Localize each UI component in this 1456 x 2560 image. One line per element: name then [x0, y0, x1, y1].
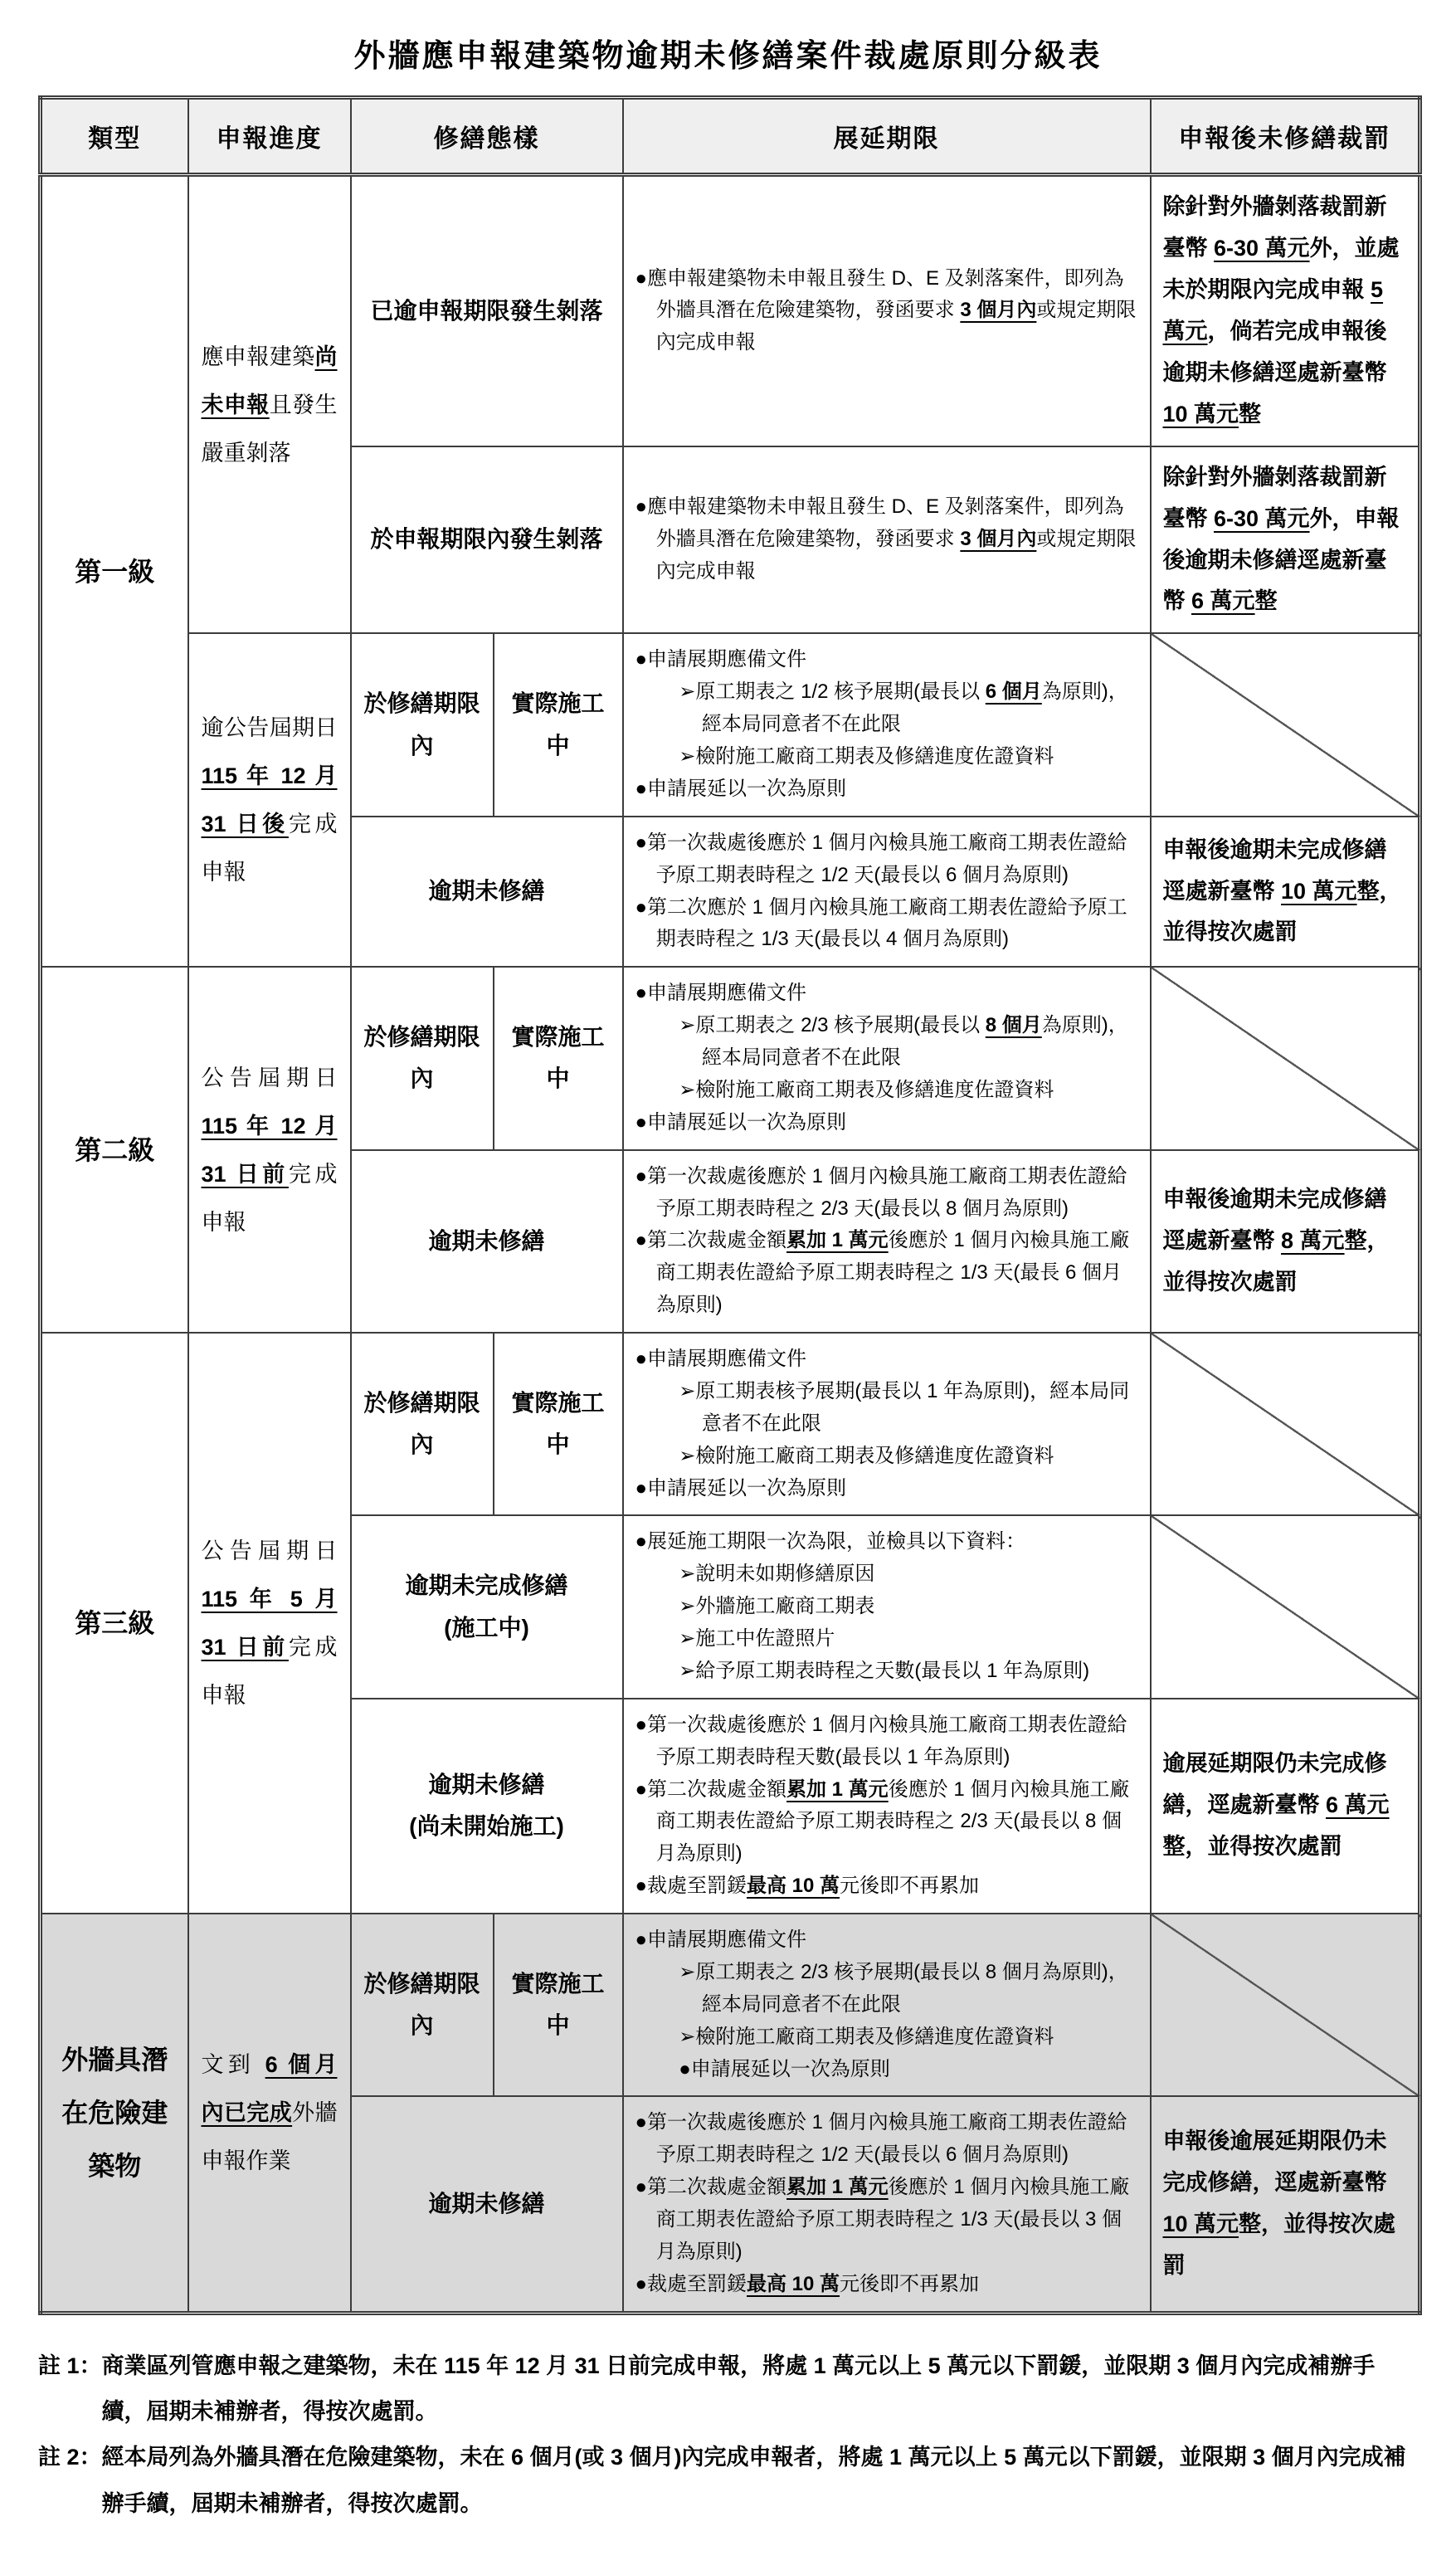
- col-header-progress: 申報進度: [188, 98, 351, 175]
- repair-substatus: 實際施工中: [494, 1333, 623, 1515]
- not-applicable-cell: [1151, 1515, 1420, 1698]
- col-header-type: 類型: [41, 98, 188, 175]
- col-header-repair-status: 修繕態樣: [351, 98, 623, 175]
- level-3-type: 第三級: [41, 1333, 188, 1914]
- footnote-1: 註 1： 商業區列管應申報之建築物，未在 115 年 12 月 31 日前完成申…: [38, 2343, 1418, 2436]
- repair-status: 逾期未修繕: [351, 1150, 623, 1333]
- repair-status: 逾期未修繕: [351, 817, 623, 968]
- not-applicable-cell: [1151, 1914, 1420, 2096]
- footnotes: 註 1： 商業區列管應申報之建築物，未在 115 年 12 月 31 日前完成申…: [38, 2343, 1418, 2527]
- repair-substatus: 實際施工中: [494, 967, 623, 1149]
- level-3-progress: 公告屆期日 115 年 5 月 31 日前完成申報: [188, 1333, 351, 1914]
- table-row: 第三級 公告屆期日 115 年 5 月 31 日前完成申報 於修繕期限內 實際施…: [41, 1333, 1420, 1515]
- level-4-progress: 文到 6 個月內已完成外牆申報作業: [188, 1914, 351, 2313]
- repair-status: 逾期未修繕 (尚未開始施工): [351, 1699, 623, 1914]
- level-2-progress: 公告屆期日 115 年 12 月 31 日前完成申報: [188, 967, 351, 1333]
- level-1-type: 第一級: [41, 175, 188, 968]
- repair-substatus: 實際施工中: [494, 1914, 623, 2096]
- extension-cell: ●申請展期應備文件➢原工期表之 2/3 核予展期(最長以 8 個月為原則)，經本…: [623, 1914, 1151, 2096]
- extension-cell: ●第一次裁處後應於 1 個月內檢具施工廠商工期表佐證給予原工期表時程天數(最長以…: [623, 1699, 1151, 1914]
- table-row: 第二級 公告屆期日 115 年 12 月 31 日前完成申報 於修繕期限內 實際…: [41, 967, 1420, 1149]
- table-row: 外牆具潛在危險建築物 文到 6 個月內已完成外牆申報作業 於修繕期限內 實際施工…: [41, 1914, 1420, 2096]
- header-row: 類型 申報進度 修繕態樣 展延期限 申報後未修繕裁罰: [41, 98, 1420, 175]
- extension-cell: ●應申報建築物未申報且發生 D、E 及剝落案件，即列為外牆具潛在危險建築物，發函…: [623, 446, 1151, 634]
- penalty-cell: 除針對外牆剝落裁罰新臺幣 6-30 萬元外，申報後逾期未修繕逕處新臺幣 6 萬元…: [1151, 446, 1420, 634]
- level-1-progress-late-declared: 逾公告屆期日 115 年 12 月 31 日後完成申報: [188, 633, 351, 967]
- penalty-cell: 申報後逾展延期限仍未完成修繕，逕處新臺幣 10 萬元整，並得按次處罰: [1151, 2096, 1420, 2313]
- not-applicable-cell: [1151, 1333, 1420, 1515]
- level-4-type: 外牆具潛在危險建築物: [41, 1914, 188, 2313]
- not-applicable-cell: [1151, 967, 1420, 1149]
- extension-cell: ●展延施工期限一次為限，並檢具以下資料：➢說明未如期修繕原因➢外牆施工廠商工期表…: [623, 1515, 1151, 1698]
- repair-status: 於修繕期限內: [351, 1914, 494, 2096]
- penalty-cell: 除針對外牆剝落裁罰新臺幣 6-30 萬元外，並處未於期限內完成申報 5 萬元，倘…: [1151, 175, 1420, 446]
- penalty-cell: 申報後逾期未完成修繕逕處新臺幣 10 萬元整，並得按次處罰: [1151, 817, 1420, 968]
- footnote-2: 註 2： 經本局列為外牆具潛在危險建築物，未在 6 個月(或 3 個月)內完成申…: [38, 2435, 1418, 2527]
- repair-status: 於修繕期限內: [351, 967, 494, 1149]
- level-1-progress-not-declared: 應申報建築尚未申報且發生嚴重剝落: [188, 175, 351, 634]
- grading-table: 類型 申報進度 修繕態樣 展延期限 申報後未修繕裁罰 第一級 應申報建築尚未申報…: [38, 95, 1422, 2315]
- document-title: 外牆應申報建築物逾期未修繕案件裁處原則分級表: [38, 30, 1418, 76]
- extension-cell: ●第一次裁處後應於 1 個月內檢具施工廠商工期表佐證給予原工期表時程之 1/2 …: [623, 2096, 1151, 2313]
- footnote-1-text: 商業區列管應申報之建築物，未在 115 年 12 月 31 日前完成申報，將處 …: [102, 2343, 1418, 2436]
- footnote-1-label: 註 1：: [38, 2343, 102, 2389]
- footnote-2-text: 經本局列為外牆具潛在危險建築物，未在 6 個月(或 3 個月)內完成申報者，將處…: [102, 2435, 1418, 2527]
- footnote-2-label: 註 2：: [38, 2435, 102, 2480]
- extension-cell: ●應申報建築物未申報且發生 D、E 及剝落案件，即列為外牆具潛在危險建築物，發函…: [623, 175, 1151, 446]
- penalty-cell: 逾展延期限仍未完成修繕，逕處新臺幣 6 萬元整，並得按次處罰: [1151, 1699, 1420, 1914]
- table-row: 第一級 應申報建築尚未申報且發生嚴重剝落 已逾申報期限發生剝落 ●應申報建築物未…: [41, 175, 1420, 446]
- col-header-extension: 展延期限: [623, 98, 1151, 175]
- repair-substatus: 實際施工中: [494, 633, 623, 816]
- repair-status: 於修繕期限內: [351, 1333, 494, 1515]
- extension-cell: ●申請展期應備文件➢原工期表之 1/2 核予展期(最長以 6 個月為原則)，經本…: [623, 633, 1151, 816]
- document-page: 外牆應申報建築物逾期未修繕案件裁處原則分級表 類型 申報進度 修繕態樣 展延期限…: [0, 0, 1456, 2560]
- not-applicable-cell: [1151, 633, 1420, 816]
- col-header-penalty: 申報後未修繕裁罰: [1151, 98, 1420, 175]
- repair-status: 於修繕期限內: [351, 633, 494, 816]
- extension-cell: ●第一次裁處後應於 1 個月內檢具施工廠商工期表佐證給予原工期表時程之 1/2 …: [623, 817, 1151, 968]
- repair-status: 逾期未完成修繕 (施工中): [351, 1515, 623, 1698]
- penalty-cell: 申報後逾期未完成修繕逕處新臺幣 8 萬元整，並得按次處罰: [1151, 1150, 1420, 1333]
- level-2-type: 第二級: [41, 967, 188, 1333]
- extension-cell: ●第一次裁處後應於 1 個月內檢具施工廠商工期表佐證給予原工期表時程之 2/3 …: [623, 1150, 1151, 1333]
- repair-status: 於申報期限內發生剝落: [351, 446, 623, 634]
- repair-status: 已逾申報期限發生剝落: [351, 175, 623, 446]
- table-row: 逾公告屆期日 115 年 12 月 31 日後完成申報 於修繕期限內 實際施工中…: [41, 633, 1420, 816]
- repair-status: 逾期未修繕: [351, 2096, 623, 2313]
- extension-cell: ●申請展期應備文件➢原工期表核予展期(最長以 1 年為原則)，經本局同意者不在此…: [623, 1333, 1151, 1515]
- extension-cell: ●申請展期應備文件➢原工期表之 2/3 核予展期(最長以 8 個月為原則)，經本…: [623, 967, 1151, 1149]
